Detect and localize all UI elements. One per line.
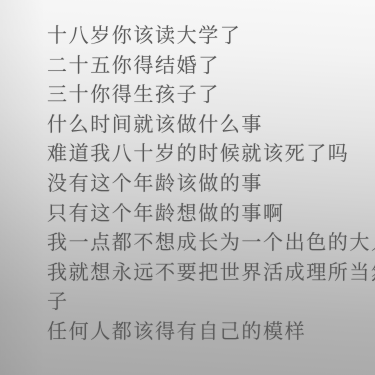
quote-line-6: 没有这个年龄该做的事	[47, 170, 375, 200]
quote-line-10: 子	[47, 288, 375, 318]
quote-line-3: 三十你得生孩子了	[47, 81, 375, 111]
quote-line-4: 什么时间就该做什么事	[47, 111, 375, 141]
quote-line-1: 十八岁你该读大学了	[47, 22, 375, 52]
video-frame: 十八岁你该读大学了 二十五你得结婚了 三十你得生孩子了 什么时间就该做什么事 难…	[0, 0, 375, 375]
quote-line-7: 只有这个年龄想做的事啊	[47, 200, 375, 230]
quote-line-11: 任何人都该得有自己的模样	[47, 318, 375, 348]
quote-text-block: 十八岁你该读大学了 二十五你得结婚了 三十你得生孩子了 什么时间就该做什么事 难…	[47, 22, 375, 348]
quote-line-9: 我就想永远不要把世界活成理所当然的样	[47, 259, 375, 289]
quote-line-8: 我一点都不想成长为一个出色的大人	[47, 229, 375, 259]
quote-line-2: 二十五你得结婚了	[47, 52, 375, 82]
quote-line-5: 难道我八十岁的时候就该死了吗	[47, 140, 375, 170]
